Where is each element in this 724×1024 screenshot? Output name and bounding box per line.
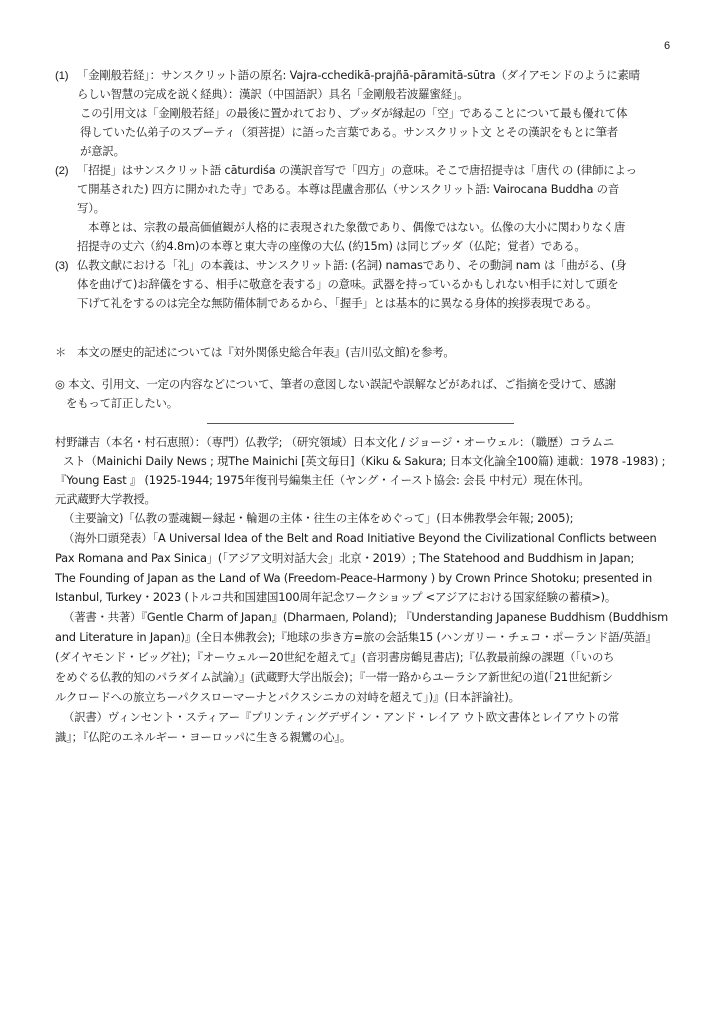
reference-note: ＊本文の歴史的記述については『対外関係史総合年表』(吉川弘文館)を参考。 (55, 343, 695, 362)
bio-line: （海外口頭発表）「A Universal Idea of the Belt an… (55, 529, 695, 549)
footnotes: (1)「金剛般若経」：サンスクリット語の原名: Vajra-cchedikā-p… (55, 66, 695, 313)
footnote-text: 招提寺の丈六（約4.8m)の本尊と東大寺の座像の大仏 (約15m) は同じブッダ… (55, 237, 695, 256)
footnote-number: (3) (55, 257, 77, 276)
bio-line: （訳書）ヴィンセント・スティアー『プリンティングデザイン・アンド・レイア ウト欧… (55, 708, 695, 728)
footnote-text: 本尊とは、宗教の最高価値観が人格的に表現された象徴であり、偶像ではない。仏像の大… (55, 218, 695, 237)
bio-line: ルクロードへの旅立ちーパクスローマーナとパクスシニカの対峙を超えて」)』(日本評… (55, 688, 695, 708)
bio-line: Pax Romana and Pax Sinica」(「アジア文明対話大会」北京… (55, 549, 695, 569)
bio-line: をめぐる仏教的知のパラダイム試論）』(武蔵野大学出版会)；『一帯一路からユーラシ… (55, 668, 695, 688)
bio-line: スト（Mainichi Daily News ; 現The Mainichi [… (55, 452, 695, 471)
horizontal-divider (207, 423, 514, 424)
bio-line: and Literature in Japan)』(全日本佛教会);『地球の歩き… (55, 628, 695, 648)
correction-note: ◎ 本文、引用文、一定の内容などについて、筆者の意図しない誤記や誤解などがあれば… (55, 375, 695, 413)
footnote-text: 「金剛般若経」：サンスクリット語の原名: Vajra-cchedikā-praj… (77, 68, 640, 82)
footnote-text: 「招提」はサンスクリット語 cāturdiśa の漢訳音写で「四方」の意味。そこ… (77, 163, 637, 177)
bio-line: 『Young East 』 (1925-1944; 1975年復刊号編集主任（ヤ… (55, 471, 695, 490)
asterisk-marker: ＊ (55, 344, 77, 363)
bio-line: The Founding of Japan as the Land of Wa … (55, 569, 695, 588)
footnote-number: (2) (55, 162, 77, 181)
page-number: 6 (664, 40, 670, 52)
bio-line: 村野謙吉（本名・村石恵照）：（専門）仏教学; （研究領域）日本文化 / ジョージ… (55, 433, 695, 452)
footnote-3: (3)仏教文献における「礼」の本義は、サンスクリット語: (名詞) namasで… (55, 256, 695, 313)
footnote-text: て開基された) 四方に開かれた寺」である。本尊は毘盧舎那仏（サンスクリット語: … (55, 180, 695, 199)
correction-note-text: をもって訂正したい。 (55, 394, 695, 413)
bio-line: Istanbul, Turkey・2023 (トルコ共和国建国100周年記念ワー… (55, 588, 695, 608)
footnote-text: らしい智慧の完成を説く経典）：漢訳（中国語訳）具名「金剛般若波羅蜜経」。 (55, 85, 695, 104)
footnote-text: 仏教文献における「礼」の本義は、サンスクリット語: (名詞) namasであり、… (77, 258, 626, 272)
author-bio: 村野謙吉（本名・村石恵照）：（専門）仏教学; （研究領域）日本文化 / ジョージ… (55, 433, 695, 747)
footnote-number: (1) (55, 67, 77, 86)
bio-line: 元武蔵野大学教授。 (55, 490, 695, 509)
footnote-text: 得していた仏弟子のスブーティ（須菩提）に語った言葉である。サンスクリット文 とそ… (55, 123, 695, 142)
bio-line: （著書・共著）『Gentle Charm of Japan』(Dharmaen,… (55, 608, 695, 628)
footnote-text: 写）。 (55, 199, 695, 218)
footnote-1: (1)「金剛般若経」：サンスクリット語の原名: Vajra-cchedikā-p… (55, 66, 695, 161)
footnote-2: (2)「招提」はサンスクリット語 cāturdiśa の漢訳音写で「四方」の意味… (55, 161, 695, 256)
footnote-text: 下げて礼をするのは完全な無防備体制であるから、「握手」とは基本的に異なる身体的挨… (55, 294, 695, 313)
footnote-text: この引用文は「金剛般若経」の最後に置かれており、ブッダが縁起の「空」であることに… (55, 104, 695, 123)
footnote-text: が意訳。 (55, 142, 695, 161)
bio-line: （主要論文)「仏教の霊魂観ー縁起・輪廻の主体・往生の主体をめぐって」(日本佛教學… (55, 509, 695, 529)
correction-note-text: ◎ 本文、引用文、一定の内容などについて、筆者の意図しない誤記や誤解などがあれば… (55, 375, 695, 394)
bio-line: 識』；『仏陀のエネルギー・ヨーロッパに生きる親鸞の心』。 (55, 728, 695, 747)
reference-note-text: 本文の歴史的記述については『対外関係史総合年表』(吉川弘文館)を参考。 (77, 345, 455, 359)
footnote-text: 体を曲げて)お辞儀をする、相手に敬意を表する」の意味。武器を持っているかもしれな… (55, 275, 695, 294)
bio-line: (ダイヤモンド・ビッグ社)；『オーウェルー20世紀を超えて』(音羽書房鶴見書店)… (55, 648, 695, 668)
